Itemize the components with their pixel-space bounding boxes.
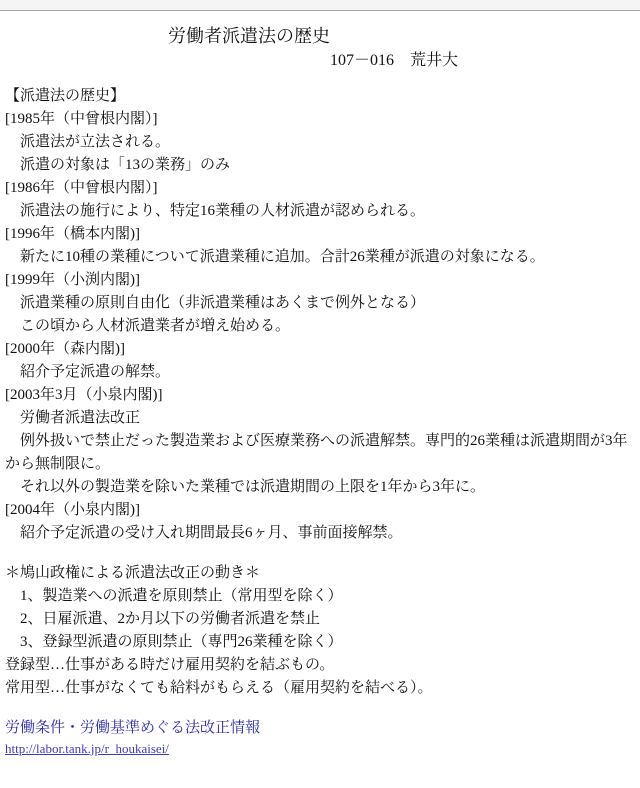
document-line: 新たに10種の業種について派遣業種に追加。合計26業種が派遣の対象になる。 <box>5 246 636 269</box>
document-line: ＊鳩山政権による派遣法改正の動き＊ <box>5 562 636 585</box>
document-line: 派遣法の施行により、特定16業種の人材派遣が認められる。 <box>5 200 636 223</box>
browser-chrome-strip <box>0 0 640 11</box>
document-line: 紹介予定派遣の解禁。 <box>5 361 636 384</box>
document-line: [1985年（中曾根内閣）] <box>5 108 636 131</box>
document-line: [2004年（小泉内閣)] <box>5 499 636 522</box>
footer-links: 労働条件・労働基準めぐる法改正情報 http://labor.tank.jp/r… <box>5 718 636 758</box>
site-url-row: http://labor.tank.jp/r_houkaisei/ <box>5 739 636 758</box>
document-line: 労働者派遣法改正 <box>5 407 636 430</box>
document-line: 3、登録型派遣の原則禁止（専門26業種を除く） <box>5 631 636 654</box>
document-line: [1986年（中曾根内閣）] <box>5 177 636 200</box>
document-line: 例外扱いで禁止だった製造業および医療業務への派遣解禁。専門的26業種は派遣期間が… <box>5 430 636 453</box>
document-line: から無制限に。 <box>5 453 636 476</box>
author-byline: 107－016 荒井大 <box>330 49 636 72</box>
document-line: [2003年3月（小泉内閣)] <box>5 384 636 407</box>
page-title: 労働者派遣法の歴史 <box>168 23 636 49</box>
document-line: それ以外の製造業を除いた業種では派遣期間の上限を1年から3年に。 <box>5 476 636 499</box>
document-line: 派遣の対象は「13の業務」のみ <box>5 154 636 177</box>
document-page: 労働者派遣法の歴史 107－016 荒井大 【派遣法の歴史】[1985年（中曾根… <box>0 23 640 778</box>
document-line: 2、日雇派遣、2か月以下の労働者派遣を禁止 <box>5 608 636 631</box>
document-line: 紹介予定派遣の受け入れ期間最長6ヶ月、事前面接解禁。 <box>5 522 636 545</box>
document-line: 登録型…仕事がある時だけ雇用契約を結ぶもの。 <box>5 654 636 677</box>
document-line: [2000年（森内閣)] <box>5 338 636 361</box>
document-line: 1、製造業への派遣を原則禁止（常用型を除く） <box>5 585 636 608</box>
site-link-row: 労働条件・労働基準めぐる法改正情報 <box>5 718 636 739</box>
document-line: [1999年（小渕内閣)] <box>5 269 636 292</box>
document-line: この頃から人材派遣業者が増え始める。 <box>5 315 636 338</box>
document-line: 派遣業種の原則自由化（非派遣業種はあくまで例外となる） <box>5 292 636 315</box>
related-site-link[interactable]: 労働条件・労働基準めぐる法改正情報 <box>5 718 260 739</box>
related-site-url-link[interactable]: http://labor.tank.jp/r_houkaisei/ <box>5 739 169 758</box>
document-body: 【派遣法の歴史】[1985年（中曾根内閣）] 派遣法が立法される。 派遣の対象は… <box>5 85 636 700</box>
document-line: 派遣法が立法される。 <box>5 131 636 154</box>
blank-line <box>5 545 636 562</box>
document-line: 【派遣法の歴史】 <box>5 85 636 108</box>
document-line: 常用型…仕事がなくても給料がもらえる（雇用契約を結べる）。 <box>5 677 636 700</box>
document-line: [1996年（橋本内閣)] <box>5 223 636 246</box>
